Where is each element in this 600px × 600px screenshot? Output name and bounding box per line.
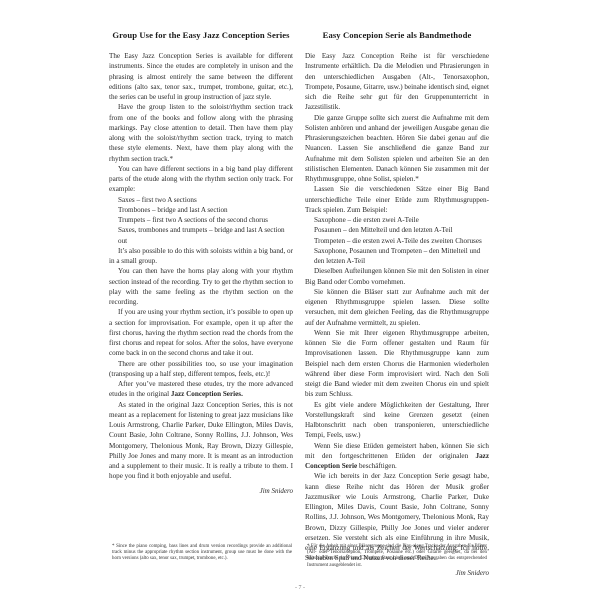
paragraph: It’s also possible to do this with soloi… [109, 246, 293, 267]
paragraph: You can then have the horns play along w… [109, 266, 293, 307]
english-title: Group Use for the Easy Jazz Conception S… [109, 30, 293, 40]
paragraph: Die ganze Gruppe sollte sich zuerst die … [305, 113, 489, 185]
list-item: Trompeten – die ersten zwei A-Teile des … [305, 236, 489, 246]
german-title: Easy Concepion Serie als Bandmethode [305, 30, 489, 40]
list-item: Trombones – bridge and last A section [109, 205, 293, 215]
paragraph: Dieselben Aufteilungen können Sie mit de… [305, 266, 489, 287]
german-column: Easy Concepion Serie als Bandmethode Die… [305, 30, 489, 578]
list-item: Saxophone, Posaunen und Trompeten – den … [305, 246, 489, 267]
paragraph: There are other possibilities too, so us… [109, 359, 293, 380]
page-number: - 7 - [0, 585, 600, 591]
signature: Jim Snidero [109, 486, 293, 496]
english-footnote: * Since the piano comping, bass lines an… [112, 544, 292, 563]
list-item: Saxophone – die ersten zwei A-Teile [305, 215, 489, 225]
list-item: Trumpets – first two A sections of the s… [109, 215, 293, 225]
section-list: Saxophone – die ersten zwei A-Teile Posa… [305, 215, 489, 266]
paragraph: The Easy Jazz Conception Series is avail… [109, 51, 293, 102]
german-footnote: * Für die Arbeit mit einer Bläsergruppe … [307, 544, 487, 569]
paragraph: You can have different sections in a big… [109, 164, 293, 195]
paragraph: As stated in the original Jazz Conceptio… [109, 400, 293, 482]
paragraph: Wenn Sie mit Ihrer eigenen Rhythmusgrupp… [305, 328, 489, 400]
series-name: Jazz Conception Series. [171, 390, 243, 398]
paragraph: Wenn Sie diese Etüden gemeistert haben, … [305, 441, 489, 472]
paragraph: Es gibt viele andere Möglichkeiten der G… [305, 400, 489, 441]
english-column: Group Use for the Easy Jazz Conception S… [109, 30, 293, 496]
paragraph: Lassen Sie die verschiedenen Sätze einer… [305, 184, 489, 215]
list-item: Saxes – first two A sections [109, 195, 293, 205]
list-item: Posaunen – den Mittelteil und den letzte… [305, 225, 489, 235]
text: Wenn Sie diese Etüden gemeistert haben, … [305, 442, 489, 460]
paragraph: After you’ve mastered these etudes, try … [109, 379, 293, 400]
paragraph: If you are using your rhythm section, it… [109, 307, 293, 358]
section-list: Saxes – first two A sections Trombones –… [109, 195, 293, 246]
paragraph: Sie können die Bläser statt zur Aufnahme… [305, 287, 489, 328]
signature: Jim Snidero [305, 568, 489, 578]
list-item: Saxes, trombones and trumpets – bridge a… [109, 225, 293, 246]
paragraph: Die Easy Jazz Conception Reihe ist für v… [305, 51, 489, 113]
text: beschäftigen. [357, 462, 397, 470]
paragraph: Have the group listen to the soloist/rhy… [109, 102, 293, 164]
